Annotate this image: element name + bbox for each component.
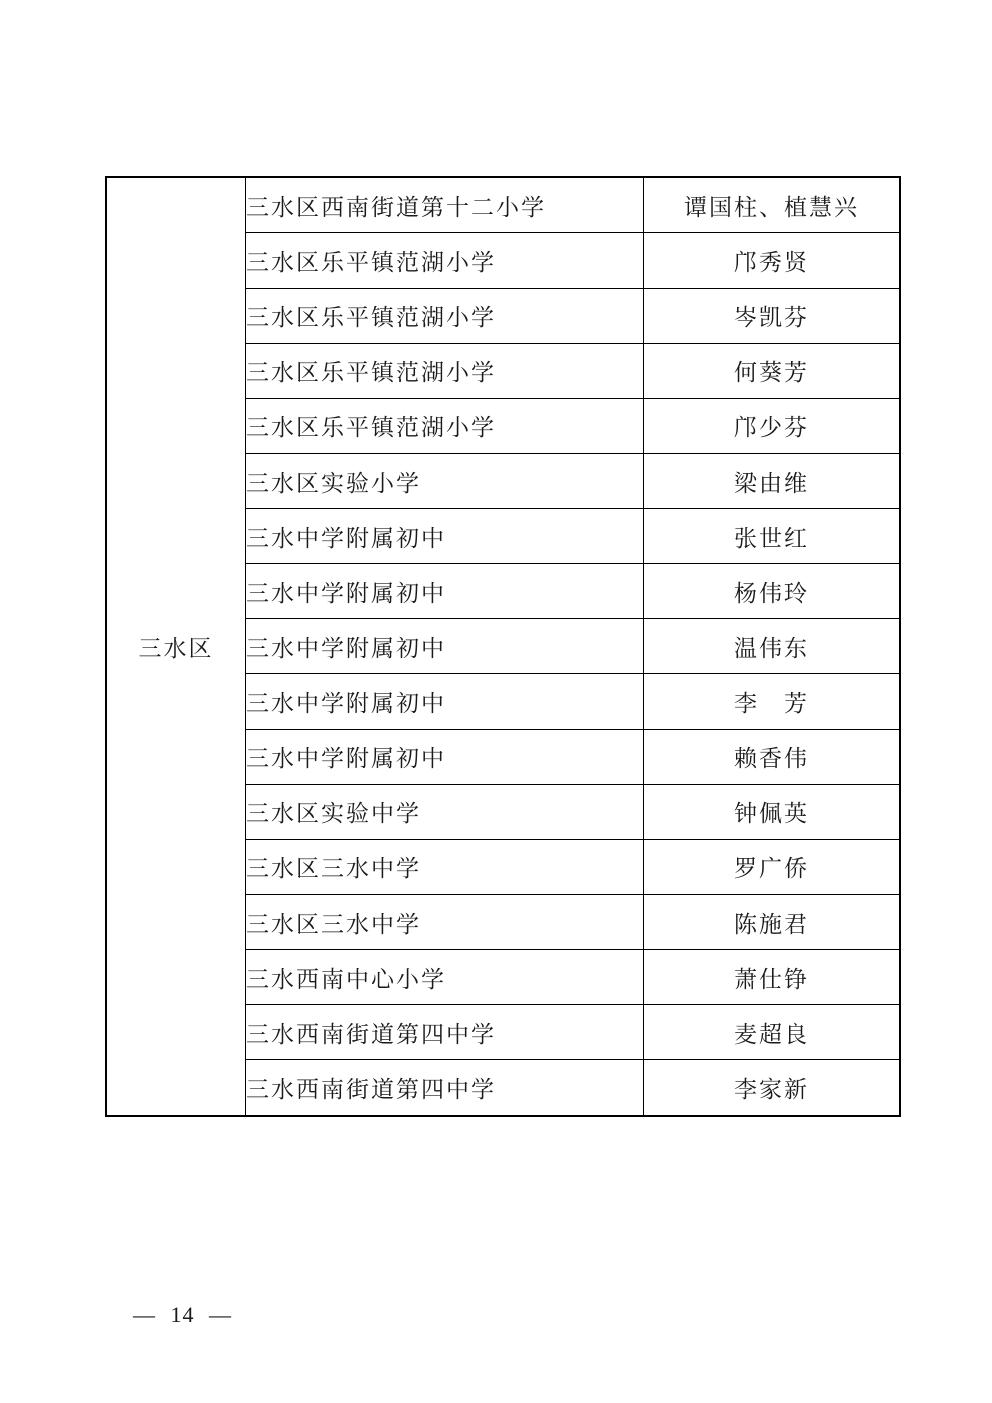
name-cell: 杨伟玲 (644, 564, 901, 619)
school-cell: 三水区乐平镇范湖小学 (246, 398, 644, 453)
school-cell: 三水区西南街道第十二小学 (246, 177, 644, 233)
document-page: 三水区三水区西南街道第十二小学谭国柱、植慧兴三水区乐平镇范湖小学邝秀贤三水区乐平… (0, 0, 992, 1403)
school-cell: 三水区三水中学 (246, 839, 644, 894)
name-cell: 岑凯芬 (644, 288, 901, 343)
name-cell: 温伟东 (644, 619, 901, 674)
school-name-table: 三水区三水区西南街道第十二小学谭国柱、植慧兴三水区乐平镇范湖小学邝秀贤三水区乐平… (105, 176, 901, 1117)
table-body: 三水区三水区西南街道第十二小学谭国柱、植慧兴三水区乐平镇范湖小学邝秀贤三水区乐平… (106, 177, 900, 1116)
school-cell: 三水区三水中学 (246, 894, 644, 949)
school-cell: 三水区实验小学 (246, 453, 644, 508)
school-cell: 三水区乐平镇范湖小学 (246, 288, 644, 343)
school-cell: 三水中学附属初中 (246, 674, 644, 729)
school-cell: 三水西南街道第四中学 (246, 1005, 644, 1060)
district-cell: 三水区 (106, 177, 246, 1116)
name-cell: 邝少芬 (644, 398, 901, 453)
school-cell: 三水中学附属初中 (246, 509, 644, 564)
name-cell: 萧仕铮 (644, 950, 901, 1005)
name-cell: 钟佩英 (644, 784, 901, 839)
school-cell: 三水区乐平镇范湖小学 (246, 343, 644, 398)
name-cell: 邝秀贤 (644, 233, 901, 288)
name-cell: 李家新 (644, 1060, 901, 1116)
name-cell: 赖香伟 (644, 729, 901, 784)
school-cell: 三水中学附属初中 (246, 729, 644, 784)
name-cell: 罗广侨 (644, 839, 901, 894)
table-row: 三水区三水区西南街道第十二小学谭国柱、植慧兴 (106, 177, 900, 233)
name-cell: 麦超良 (644, 1005, 901, 1060)
name-cell: 何葵芳 (644, 343, 901, 398)
school-cell: 三水西南街道第四中学 (246, 1060, 644, 1116)
school-cell: 三水中学附属初中 (246, 564, 644, 619)
name-cell: 李 芳 (644, 674, 901, 729)
school-cell: 三水区实验中学 (246, 784, 644, 839)
school-cell: 三水中学附属初中 (246, 619, 644, 674)
name-cell: 张世红 (644, 509, 901, 564)
school-cell: 三水西南中心小学 (246, 950, 644, 1005)
name-cell: 谭国柱、植慧兴 (644, 177, 901, 233)
school-cell: 三水区乐平镇范湖小学 (246, 233, 644, 288)
name-cell: 陈施君 (644, 894, 901, 949)
page-number: — 14 — (133, 1302, 232, 1328)
name-cell: 梁由维 (644, 453, 901, 508)
